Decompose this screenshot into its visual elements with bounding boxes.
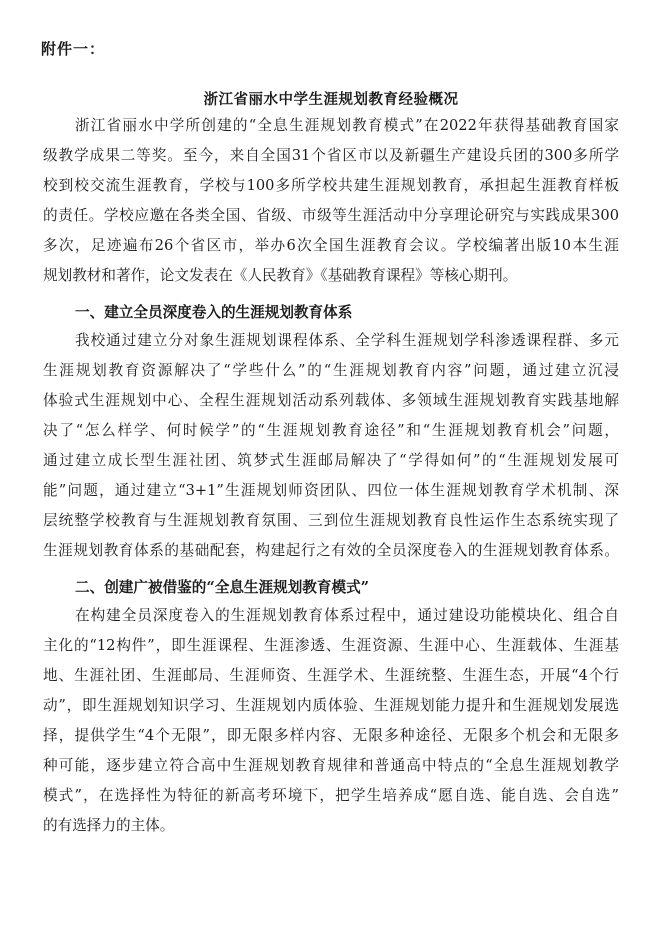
section-heading-1: 一、建立全员深度卷入的生涯规划教育体系: [75, 301, 352, 322]
text-line: 多次，足迹遍布26个省区市，举办6次全国生涯教育会议。学校编著出版10本生涯: [43, 236, 619, 256]
text-line: 我校通过建立分对象生涯规划课程体系、全学科生涯规划学科渗透课程群、多元: [75, 331, 619, 351]
text-line: 体验式生涯规划中心、全程生涯规划活动系列载体、多领域生涯规划教育实践基地解: [43, 391, 619, 411]
document-title: 浙江省丽水中学生涯规划教育经验概况: [0, 88, 662, 109]
text-line: 的有选择力的主体。: [43, 816, 619, 836]
text-line: 动”，即生涯规划知识学习、生涯规划内质体验、生涯规划能力提升和生涯规划发展选: [43, 696, 619, 716]
text-line: 规划教材和著作，论文发表在《人民教育》《基础教育课程》等核心期刊。: [43, 266, 619, 286]
text-line: 生涯规划教育资源解决了“学些什么”的“生涯规划教育内容”问题，通过建立沉浸: [43, 361, 619, 381]
text-line: 通过建立成长型生涯社团、筑梦式生涯邮局解决了“学得如何”的“生涯规划发展可: [43, 451, 619, 471]
attachment-label: 附件一：: [41, 38, 105, 59]
text-line: 级教学成果二等奖。至今，来自全国31个省区市以及新疆生产建设兵团的300多所学: [43, 146, 619, 166]
text-line: 择，提供学生“4个无限”，即无限多样内容、无限多种途径、无限多个机会和无限多: [43, 726, 619, 746]
section-heading-2: 二、创建广被借鉴的“全息生涯规划教育模式”: [75, 576, 369, 597]
text-line: 校到校交流生涯教育，学校与100多所学校共建生涯规划教育，承担起生涯教育样板: [43, 176, 619, 196]
text-line: 层统整学校教育与生涯规划教育氛围、三到位生涯规划教育良性运作生态系统实现了: [43, 511, 619, 531]
text-line: 地、生涯社团、生涯邮局、生涯师资、生涯学术、生涯统整、生涯生态，开展“4个行: [43, 666, 619, 686]
text-line: 浙江省丽水中学所创建的“全息生涯规划教育模式”在2022年获得基础教育国家: [75, 116, 619, 136]
document-page: 附件一： 浙江省丽水中学生涯规划教育经验概况 浙江省丽水中学所创建的“全息生涯规…: [0, 0, 662, 936]
text-line: 种可能，逐步建立符合高中生涯规划教育规律和普通高中特点的“全息生涯规划教学: [43, 756, 619, 776]
text-line: 能”问题，通过建立“3+1”生涯规划师资团队、四位一体生涯规划教育学术机制、深: [43, 481, 619, 501]
text-line: 生涯规划教育体系的基础配套，构建起行之有效的全员深度卷入的生涯规划教育体系。: [43, 541, 619, 561]
text-line: 模式”，在选择性为特征的新高考环境下，把学生培养成“愿自选、能自选、会自选”: [43, 786, 619, 806]
text-line: 决了“怎么样学、何时候学”的“生涯规划教育途径”和“生涯规划教育机会”问题，: [43, 421, 619, 441]
text-line: 的责任。学校应邀在各类全国、省级、市级等生涯活动中分享理论研究与实践成果300: [43, 206, 619, 226]
text-line: 在构建全员深度卷入的生涯规划教育体系过程中，通过建设功能模块化、组合自: [75, 606, 619, 626]
text-line: 主化的“12构件”，即生涯课程、生涯渗透、生涯资源、生涯中心、生涯载体、生涯基: [43, 636, 619, 656]
